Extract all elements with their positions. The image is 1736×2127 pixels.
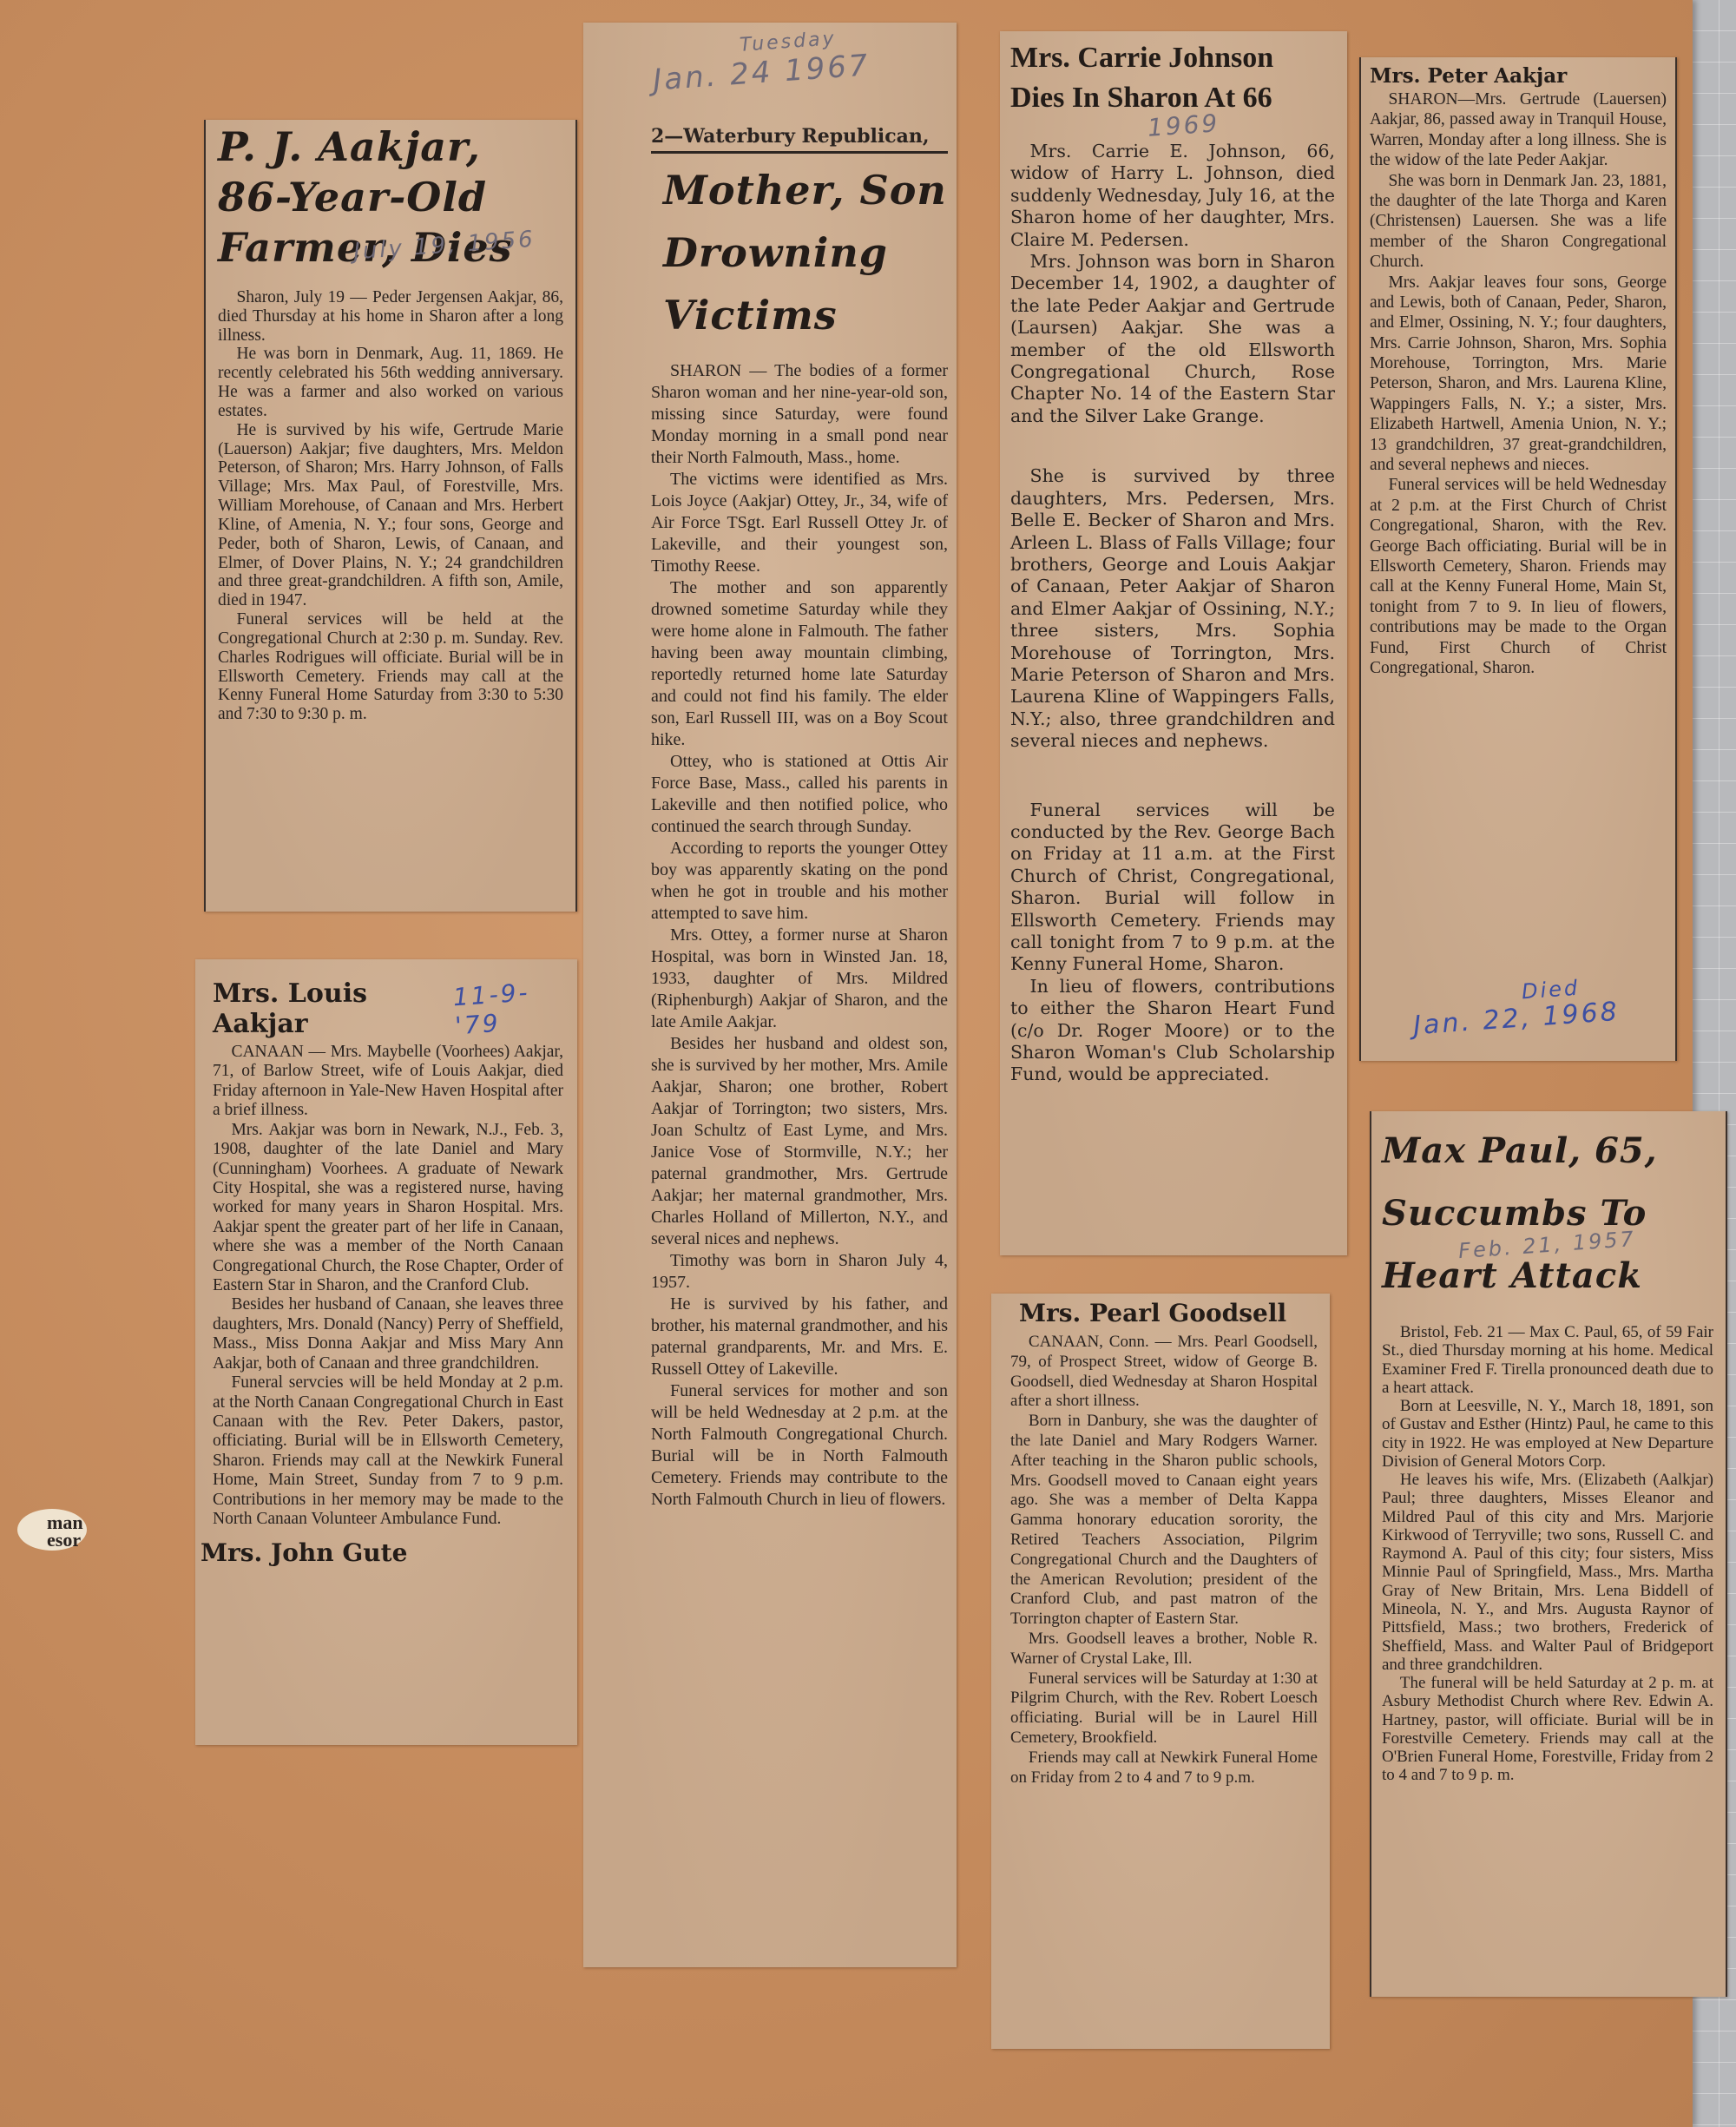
headline: Mrs. Carrie Johnson Dies In Sharon At 66 [1010, 38, 1335, 118]
headline: Mother, Son Drowning Victims [651, 159, 948, 346]
clipping-max-paul: Max Paul, 65, Succumbs To Heart Attack F… [1370, 1111, 1727, 1997]
masthead-rule [651, 151, 948, 154]
clipping-carrie-johnson: Mrs. Carrie Johnson Dies In Sharon At 66… [1000, 31, 1347, 1255]
torn-fragment: man esor [17, 1509, 87, 1551]
scrapbook-page: man esor P. J. Aakjar, 86-Year-Old Farme… [0, 0, 1693, 2127]
article-body-bottom: Funeral services will be conducted by th… [1010, 800, 1335, 1086]
article-body: CANAAN, Conn. — Mrs. Pearl Goodsell, 79,… [1010, 1333, 1318, 1788]
headline: Mrs. Louis Aakjar [213, 978, 444, 1039]
headline: Max Paul, 65, Succumbs To Heart Attack [1382, 1120, 1713, 1307]
article-body: SHARON — The bodies of a former Sharon w… [651, 360, 948, 1511]
handwritten-date: 1969 [1147, 109, 1220, 142]
handwritten-date: 11-9-'79 [452, 976, 565, 1041]
clipping-peter-aakjar: Mrs. Peter Aakjar SHARON—Mrs. Gertrude (… [1359, 57, 1677, 1061]
clipping-pearl-goodsell: Mrs. Pearl Goodsell CANAAN, Conn. — Mrs.… [991, 1294, 1330, 2049]
clipping-pj-aakjar: P. J. Aakjar, 86-Year-Old Farmer, Dies J… [204, 120, 577, 912]
article-body-middle: She is survived by three daughters, Mrs.… [1010, 465, 1335, 752]
article-body: Sharon, July 19 — Peder Jergensen Aakjar… [218, 288, 563, 724]
clipping-louis-aakjar: Mrs. Louis Aakjar 11-9-'79 CANAAN — Mrs.… [195, 959, 577, 1745]
handwritten-date: Jan. 24 1967 [652, 48, 871, 97]
headline: Mrs. Peter Aakjar [1370, 64, 1667, 88]
masthead: 2—Waterbury Republican, [651, 125, 948, 151]
article-body: Bristol, Feb. 21 — Max C. Paul, 65, of 5… [1382, 1323, 1713, 1785]
article-body-top: Mrs. Carrie E. Johnson, 66, widow of Har… [1010, 141, 1335, 427]
clipping-mother-son-drowning: Tuesday Jan. 24 1967 2—Waterbury Republi… [583, 23, 957, 1967]
handwritten-date: Jan. 22, 1968 [1412, 997, 1621, 1042]
headline: Mrs. Pearl Goodsell [1010, 1299, 1318, 1327]
article-body: CANAAN — Mrs. Maybelle (Voorhees) Aakjar… [213, 1043, 563, 1530]
article-body: SHARON—Mrs. Gertrude (Lauersen) Aakjar, … [1370, 89, 1667, 678]
next-headline-fragment: Mrs. John Gute [201, 1538, 563, 1567]
torn-fragment-text: man esor [17, 1509, 87, 1549]
